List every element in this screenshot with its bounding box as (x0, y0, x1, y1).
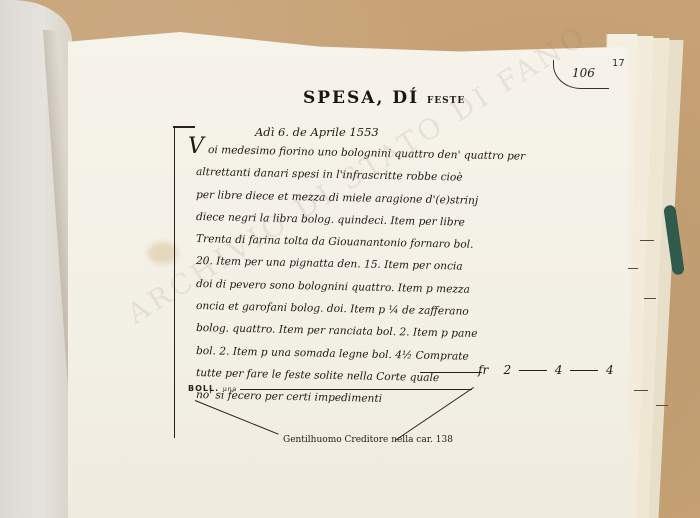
total-rule (420, 372, 482, 373)
entry-amount: fr 2 4 4 (478, 363, 614, 377)
title-main: SPESA, DÍ (303, 88, 419, 108)
boll-rule (240, 389, 472, 390)
edge-tick (634, 390, 648, 391)
entry-date: Adì 6. de Aprile 1553 (255, 125, 379, 139)
boll-label: BOLL. una (188, 384, 237, 393)
edge-tick (644, 298, 656, 299)
amount-dash (570, 370, 598, 371)
boll-sub: una (223, 386, 237, 393)
edge-tick (640, 240, 654, 241)
amount-denari: 4 (606, 363, 614, 377)
amount-dash (519, 370, 547, 371)
folio-number: 106 (572, 66, 595, 80)
creditor-note: Gentilhuomo Creditore nella car. 138 (283, 435, 453, 445)
edge-tick (656, 405, 668, 406)
amount-lire: 2 (503, 363, 511, 377)
folio-tab-number: 17 (612, 58, 625, 69)
boll-text: BOLL. (188, 384, 219, 393)
currency-mark: fr (478, 363, 488, 377)
amount-soldi: 4 (555, 363, 563, 377)
